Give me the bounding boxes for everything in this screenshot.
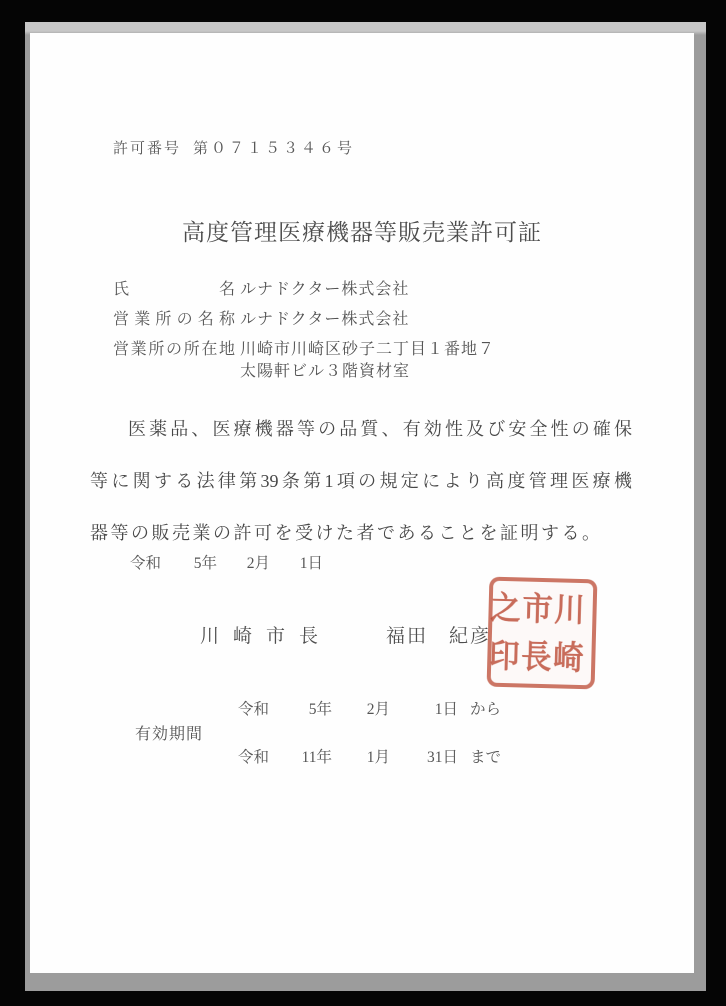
field-label-name: 氏名 <box>113 279 235 300</box>
field-value-office-name: ルナドクター株式会社 <box>240 309 409 330</box>
validity-from: 令和 5年 2月 1日 から <box>238 697 501 719</box>
seal-column-right: 川 崎 <box>552 587 586 680</box>
certificate-title: 高度管理医療機器等販売業許可証 <box>30 214 694 247</box>
signature-line: 川崎市長 福田 紀彦 <box>200 621 491 648</box>
validity-from-month: 2月 <box>332 697 390 719</box>
seal-char: 市 <box>522 586 554 632</box>
field-row-office-address: 営業所の所在地 川崎市川崎区砂子二丁目１番地７ 太陽軒ビル３階資材室 <box>113 339 633 384</box>
validity-to-era: 令和 <box>238 745 272 767</box>
issue-date-era: 令和 <box>130 551 164 573</box>
validity-to-month: 1月 <box>332 745 390 767</box>
field-label-office-address: 営業所の所在地 <box>113 339 235 384</box>
issue-date-day: 1日 <box>270 551 323 573</box>
field-row-office-name: 営業所の名称 ルナドクター株式会社 <box>113 309 633 330</box>
official-seal: 川 崎 市 長 之 印 <box>487 577 598 690</box>
address-line-1: 川崎市川崎区砂子二丁目１番地７ <box>240 341 495 358</box>
validity-to-year: 11年 <box>272 745 332 767</box>
issue-date: 令和 5年 2月 1日 <box>130 551 323 573</box>
mayor-title: 川崎市長 <box>200 621 332 648</box>
validity-from-suffix: から <box>470 697 501 719</box>
permit-number-label: 許可番号 <box>113 141 181 157</box>
validity-to-suffix: まで <box>470 745 501 767</box>
issue-date-year: 5年 <box>164 551 217 573</box>
mayor-name: 福田 紀彦 <box>386 621 491 648</box>
validity-from-era: 令和 <box>238 697 272 719</box>
field-value-office-address: 川崎市川崎区砂子二丁目１番地７ 太陽軒ビル３階資材室 <box>240 339 495 384</box>
validity-from-year: 5年 <box>272 697 332 719</box>
seal-column-left: 之 印 <box>488 586 522 679</box>
fields-section: 氏名 ルナドクター株式会社 営業所の名称 ルナドクター株式会社 営業所の所在地 … <box>113 279 633 393</box>
scanner-mat: 許可番号第０７１５３４６号 高度管理医療機器等販売業許可証 氏名 ルナドクター株… <box>25 22 706 991</box>
seal-column-middle: 市 長 <box>520 586 554 679</box>
certificate-body: 医薬品、医療機器等の品質、有効性及び安全性の確保 等に関する法律第39条第1項の… <box>90 403 632 559</box>
validity-to-day: 31日 <box>390 745 458 767</box>
certificate-page: 許可番号第０７１５３４６号 高度管理医療機器等販売業許可証 氏名 ルナドクター株… <box>30 33 694 973</box>
field-label-office-name: 営業所の名称 <box>113 309 235 330</box>
seal-char: 長 <box>521 634 553 680</box>
body-line-2: 等に関する法律第39条第1項の規定により高度管理医療機 <box>90 455 632 507</box>
seal-char: 印 <box>489 633 521 679</box>
address-line-2: 太陽軒ビル３階資材室 <box>240 360 495 384</box>
validity-to: 令和 11年 1月 31日 まで <box>238 745 501 767</box>
seal-char: 川 <box>554 587 586 633</box>
scan-frame: 許可番号第０７１５３４６号 高度管理医療機器等販売業許可証 氏名 ルナドクター株… <box>0 0 726 1006</box>
permit-number-value: 第０７１５３４６号 <box>193 141 355 157</box>
permit-number: 許可番号第０７１５３４６号 <box>113 137 355 158</box>
body-line-1: 医薬品、医療機器等の品質、有効性及び安全性の確保 <box>90 403 632 455</box>
field-value-name: ルナドクター株式会社 <box>240 279 409 300</box>
seal-char: 之 <box>490 585 522 631</box>
validity-label: 有効期間 <box>135 721 203 744</box>
field-row-name: 氏名 ルナドクター株式会社 <box>113 279 633 300</box>
issue-date-month: 2月 <box>217 551 270 573</box>
validity-from-day: 1日 <box>390 697 458 719</box>
seal-char: 崎 <box>553 635 585 681</box>
